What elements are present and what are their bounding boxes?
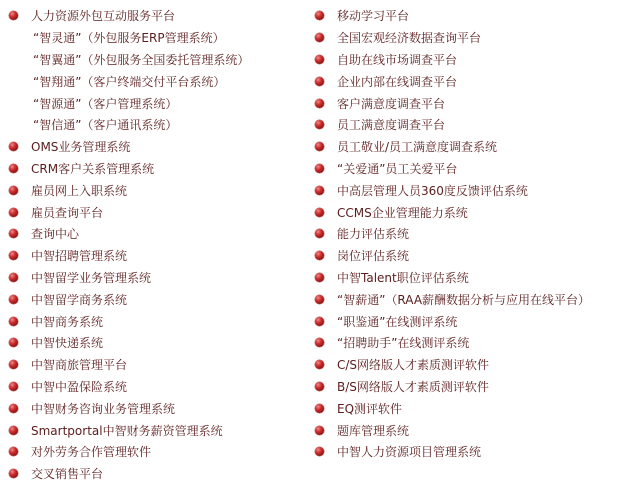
bullet-icon	[9, 404, 18, 413]
list-item-label[interactable]: 中智招聘管理系统	[31, 247, 127, 264]
bullet-icon	[9, 186, 18, 195]
bullet-icon	[315, 317, 324, 326]
list-item-label[interactable]: 岗位评估系统	[337, 247, 409, 264]
list-item[interactable]: 移动学习平台	[315, 5, 620, 27]
list-item[interactable]: 雇员网上入职系统	[9, 179, 309, 201]
list-item-label[interactable]: 能力评估系统	[337, 225, 409, 242]
list-item[interactable]: 中智Talent职位评估系统	[315, 267, 620, 289]
list-item-label[interactable]: “招聘助手”在线测评系统	[337, 334, 469, 351]
list-item-label[interactable]: 中高层管理人员360度反馈评估系统	[337, 182, 528, 199]
bullet-icon	[9, 382, 18, 391]
list-item-label[interactable]: 中智商旅管理平台	[31, 356, 127, 373]
list-item-label[interactable]: EQ测评软件	[337, 400, 402, 417]
bullet-icon	[9, 317, 18, 326]
list-item-label[interactable]: 中智财务咨询业务管理系统	[31, 400, 175, 417]
list-item-label[interactable]: 移动学习平台	[337, 7, 409, 24]
list-item[interactable]: “关爱通”员工关爱平台	[315, 158, 620, 180]
list-item-label[interactable]: OMS业务管理系统	[31, 138, 130, 155]
list-item[interactable]: 中智人力资源项目管理系统	[315, 441, 620, 463]
product-list-left: 人力资源外包互动服务平台“智灵通”（外包服务ERP管理系统）“智翼通”（外包服务…	[9, 5, 309, 485]
product-list-right: 移动学习平台全国宏观经济数据查询平台自助在线市场调查平台企业内部在线调查平台客户…	[315, 5, 620, 463]
list-item[interactable]: “智源通”（客户管理系统）	[9, 92, 309, 114]
list-item[interactable]: 中智商务系统	[9, 310, 309, 332]
list-item[interactable]: 企业内部在线调查平台	[315, 70, 620, 92]
bullet-icon	[315, 120, 324, 129]
bullet-icon	[9, 426, 18, 435]
list-item[interactable]: 中智快递系统	[9, 332, 309, 354]
list-item-label[interactable]: “职鉴通”在线测评系统	[337, 313, 457, 330]
list-item-label[interactable]: 员工敬业/员工满意度调查系统	[337, 138, 497, 155]
list-item-label[interactable]: B/S网络版人才素质测评软件	[337, 378, 489, 395]
list-item[interactable]: “智薪通”（RAA薪酬数据分析与应用在线平台）	[315, 288, 620, 310]
bullet-icon	[315, 33, 324, 42]
bullet-icon	[9, 208, 18, 217]
list-item-label[interactable]: 中智快递系统	[31, 334, 103, 351]
list-item[interactable]: “职鉴通”在线测评系统	[315, 310, 620, 332]
list-item[interactable]: 中智留学商务系统	[9, 288, 309, 310]
bullet-icon	[315, 251, 324, 260]
list-item[interactable]: 中智商旅管理平台	[9, 354, 309, 376]
list-item-label[interactable]: 雇员网上入职系统	[31, 182, 127, 199]
bullet-icon	[9, 447, 18, 456]
bullet-icon	[315, 186, 324, 195]
list-item-label[interactable]: 对外劳务合作管理软件	[31, 443, 151, 460]
list-item[interactable]: C/S网络版人才素质测评软件	[315, 354, 620, 376]
list-item[interactable]: 中智留学业务管理系统	[9, 267, 309, 289]
list-item[interactable]: “智信通”（客户通讯系统）	[9, 114, 309, 136]
list-item-label[interactable]: “智薪通”（RAA薪酬数据分析与应用在线平台）	[337, 291, 590, 308]
list-item[interactable]: 中智中盈保险系统	[9, 376, 309, 398]
list-item[interactable]: 客户满意度调查平台	[315, 92, 620, 114]
bullet-icon	[315, 229, 324, 238]
bullet-icon	[315, 164, 324, 173]
bullet-icon	[315, 426, 324, 435]
list-item-label[interactable]: “智翔通”（客户终端交付平台系统）	[33, 73, 225, 90]
list-item-label[interactable]: C/S网络版人才素质测评软件	[337, 356, 489, 373]
bullet-icon	[9, 251, 18, 260]
list-item[interactable]: “智翔通”（客户终端交付平台系统）	[9, 70, 309, 92]
bullet-icon	[9, 164, 18, 173]
bullet-icon	[315, 11, 324, 20]
list-item[interactable]: Smartportal中智财务薪资管理系统	[9, 419, 309, 441]
bullet-icon	[315, 208, 324, 217]
list-item[interactable]: 能力评估系统	[315, 223, 620, 245]
list-item-label[interactable]: “智信通”（客户通讯系统）	[33, 116, 177, 133]
bullet-icon	[9, 273, 18, 282]
bullet-icon	[315, 273, 324, 282]
list-item-label[interactable]: “关爱通”员工关爱平台	[337, 160, 457, 177]
list-item-label[interactable]: 员工满意度调查平台	[337, 116, 445, 133]
list-item-label[interactable]: “智源通”（客户管理系统）	[33, 95, 177, 112]
list-item[interactable]: B/S网络版人才素质测评软件	[315, 376, 620, 398]
list-item[interactable]: 员工满意度调查平台	[315, 114, 620, 136]
list-item[interactable]: 员工敬业/员工满意度调查系统	[315, 136, 620, 158]
list-item[interactable]: 对外劳务合作管理软件	[9, 441, 309, 463]
list-item[interactable]: 中智财务咨询业务管理系统	[9, 397, 309, 419]
list-item[interactable]: 全国宏观经济数据查询平台	[315, 27, 620, 49]
bullet-icon	[315, 447, 324, 456]
bullet-icon	[9, 229, 18, 238]
bullet-icon	[9, 11, 18, 20]
bullet-icon	[315, 77, 324, 86]
bullet-icon	[315, 382, 324, 391]
list-item[interactable]: 中高层管理人员360度反馈评估系统	[315, 179, 620, 201]
list-item[interactable]: EQ测评软件	[315, 397, 620, 419]
list-item[interactable]: 题库管理系统	[315, 419, 620, 441]
list-item-label[interactable]: 人力资源外包互动服务平台	[31, 7, 175, 24]
list-item[interactable]: 查询中心	[9, 223, 309, 245]
list-item[interactable]: OMS业务管理系统	[9, 136, 309, 158]
bullet-icon	[315, 99, 324, 108]
list-item-label[interactable]: 中智中盈保险系统	[31, 378, 127, 395]
list-item-label[interactable]: 查询中心	[31, 225, 79, 242]
list-item[interactable]: CCMS企业管理能力系统	[315, 201, 620, 223]
list-item[interactable]: 自助在线市场调查平台	[315, 49, 620, 71]
list-item[interactable]: 中智招聘管理系统	[9, 245, 309, 267]
list-item[interactable]: 人力资源外包互动服务平台	[9, 5, 309, 27]
list-item[interactable]: 雇员查询平台	[9, 201, 309, 223]
bullet-icon	[315, 404, 324, 413]
list-item-label[interactable]: 自助在线市场调查平台	[337, 51, 457, 68]
bullet-icon	[9, 360, 18, 369]
list-item-label[interactable]: 中智Talent职位评估系统	[337, 269, 469, 286]
list-item[interactable]: “智翼通”（外包服务全国委托管理系统）	[9, 49, 309, 71]
bullet-icon	[315, 142, 324, 151]
list-item-label[interactable]: “智翼通”（外包服务全国委托管理系统）	[33, 51, 249, 68]
list-item-label[interactable]: 中智留学商务系统	[31, 291, 127, 308]
list-item[interactable]: 交叉销售平台	[9, 463, 309, 485]
bullet-icon	[315, 338, 324, 347]
list-item-label[interactable]: 题库管理系统	[337, 422, 409, 439]
list-item-label[interactable]: CRM客户关系管理系统	[31, 160, 154, 177]
list-item-label[interactable]: 中智商务系统	[31, 313, 103, 330]
bullet-icon	[315, 55, 324, 64]
list-item-label[interactable]: 企业内部在线调查平台	[337, 73, 457, 90]
bullet-icon	[9, 295, 18, 304]
list-item-label[interactable]: “智灵通”（外包服务ERP管理系统）	[33, 29, 225, 46]
list-item-label[interactable]: 雇员查询平台	[31, 204, 103, 221]
bullet-icon	[315, 360, 324, 369]
list-item-label[interactable]: 客户满意度调查平台	[337, 95, 445, 112]
bullet-icon	[315, 295, 324, 304]
list-item[interactable]: 岗位评估系统	[315, 245, 620, 267]
list-item-label[interactable]: 全国宏观经济数据查询平台	[337, 29, 481, 46]
list-item-label[interactable]: Smartportal中智财务薪资管理系统	[31, 422, 223, 439]
list-item[interactable]: “招聘助手”在线测评系统	[315, 332, 620, 354]
list-item-label[interactable]: 中智留学业务管理系统	[31, 269, 151, 286]
list-item-label[interactable]: 交叉销售平台	[31, 465, 103, 482]
list-item-label[interactable]: 中智人力资源项目管理系统	[337, 443, 481, 460]
list-item[interactable]: CRM客户关系管理系统	[9, 158, 309, 180]
bullet-icon	[9, 142, 18, 151]
bullet-icon	[9, 338, 18, 347]
list-item[interactable]: “智灵通”（外包服务ERP管理系统）	[9, 27, 309, 49]
list-item-label[interactable]: CCMS企业管理能力系统	[337, 204, 468, 221]
bullet-icon	[9, 469, 18, 478]
